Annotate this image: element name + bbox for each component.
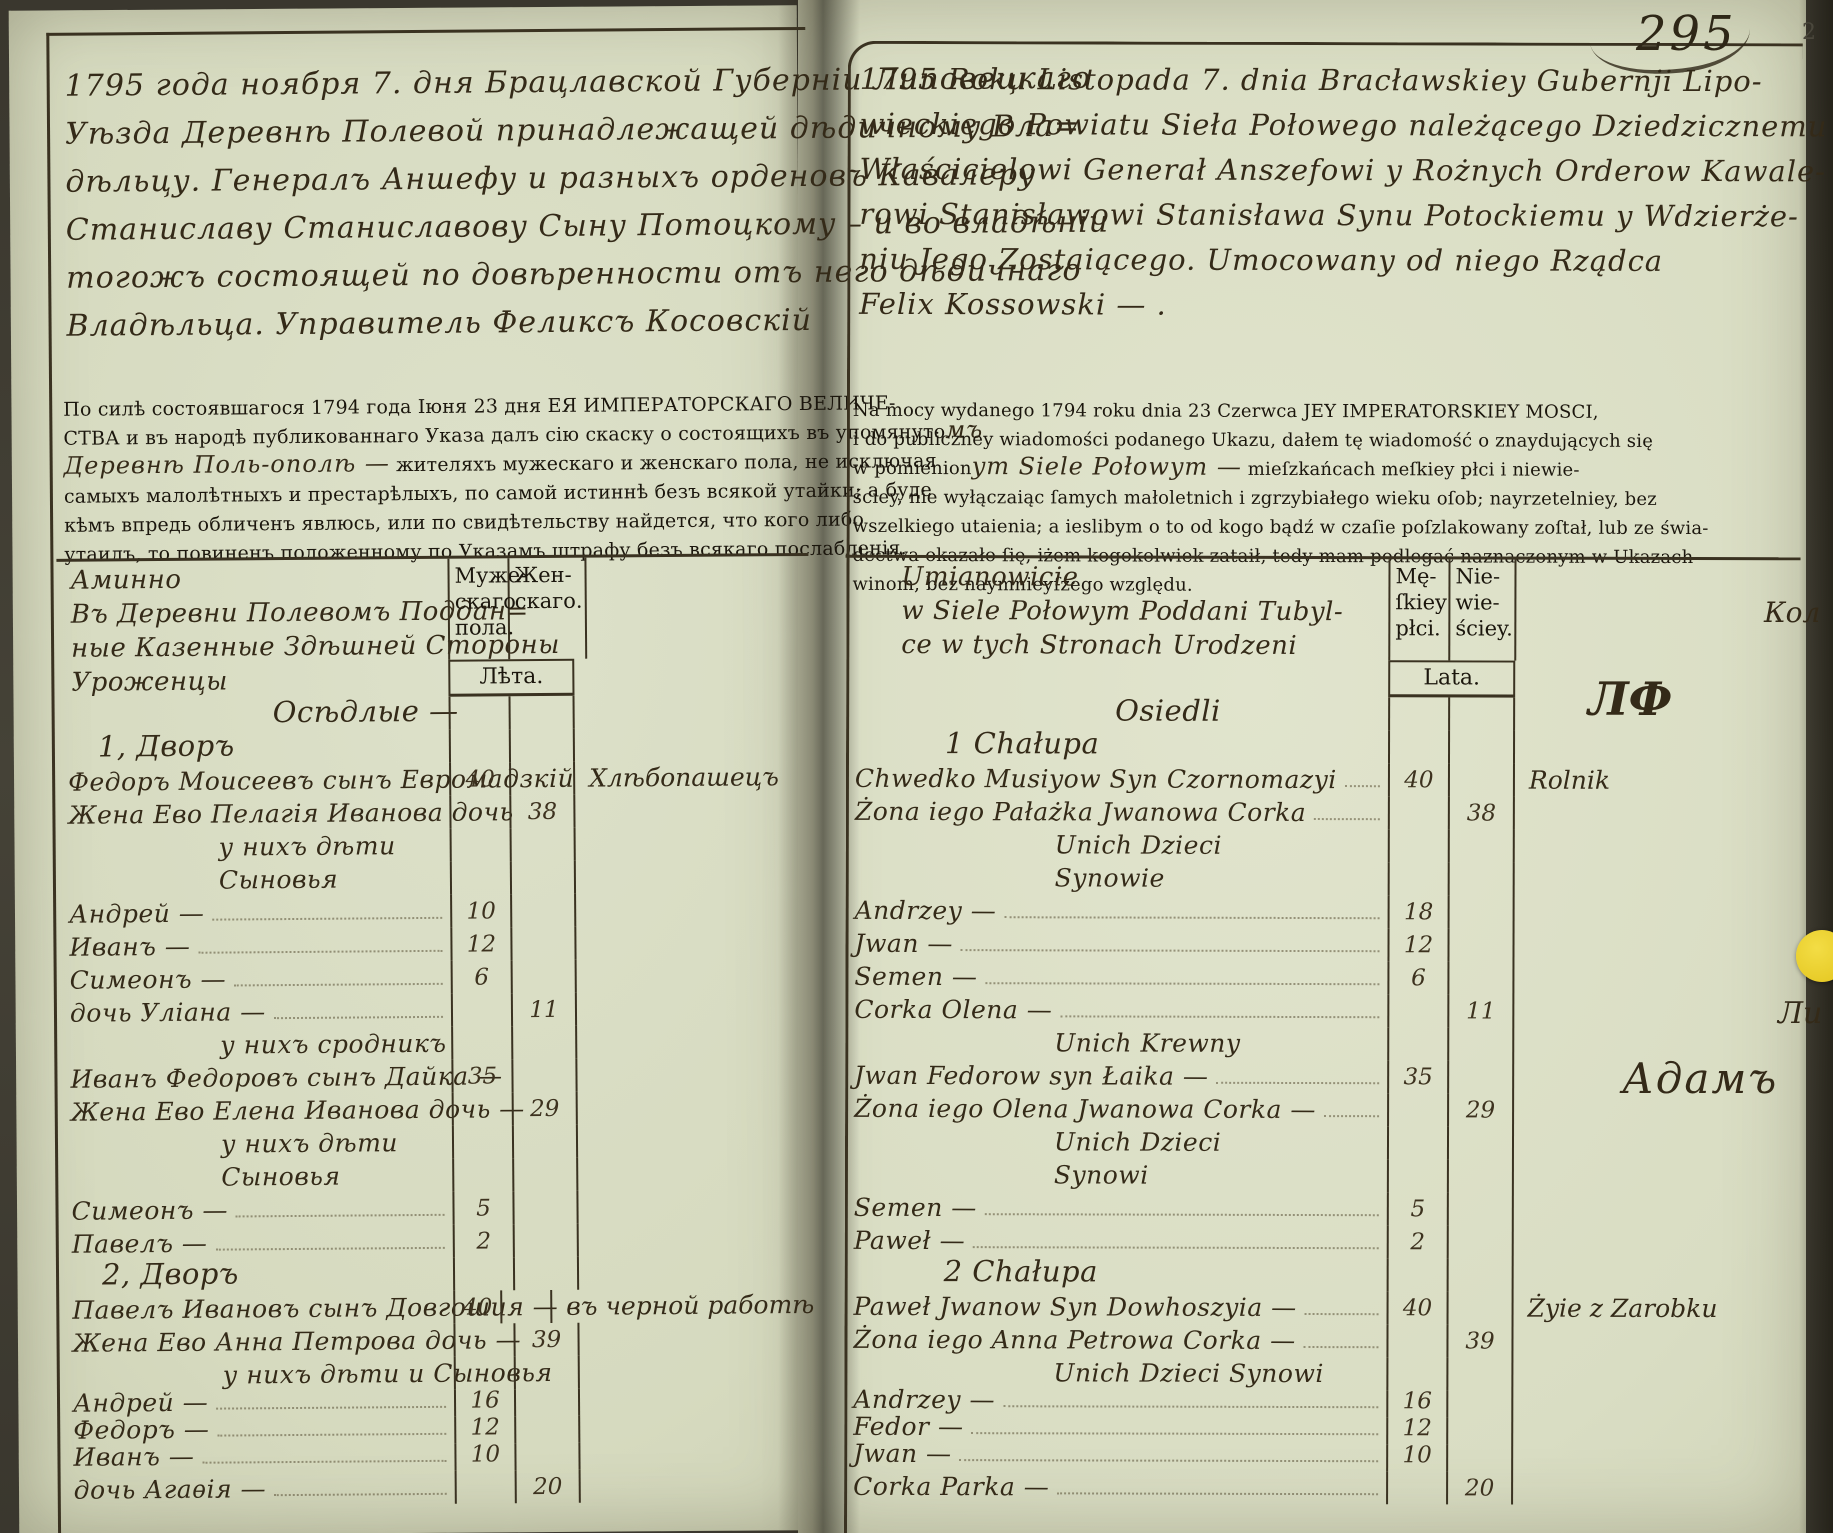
row-remark — [1513, 1418, 1798, 1446]
right-name-column-header: Umianowiciew Siele Połowym Poddani Tubyl… — [845, 558, 1388, 697]
female-age — [1450, 763, 1515, 796]
female-age — [1450, 895, 1515, 928]
male-age — [1386, 1324, 1448, 1357]
female-age — [1449, 1126, 1514, 1159]
male-age — [1388, 697, 1450, 730]
table-row: 1 Chałupa — [845, 729, 1800, 765]
name-header-line: Umianowicie — [901, 560, 1388, 595]
male-age: 10 — [1386, 1444, 1448, 1471]
person-name: Paweł Jwanow Syn Dowhoszyia — — [844, 1290, 1387, 1324]
handwritten-line: niu Jego Zostaiącego. Umocowany od niego… — [859, 237, 1599, 284]
printed-line: ściey, nie wyłączaiąc ſamych małoletnich… — [853, 482, 1601, 513]
female-age — [1448, 1390, 1513, 1417]
person-name: 2 Chałupa — [844, 1257, 1387, 1291]
handwritten-line: wieckiego Powiatu Sieła Połowego należąc… — [860, 102, 1600, 149]
male-age: 6 — [1387, 961, 1449, 994]
row-remark — [1513, 1391, 1798, 1419]
person-name: Corka Parka — — [843, 1470, 1386, 1504]
male-column-header: Mę-ſkiey płci. — [1388, 559, 1450, 660]
row-remark — [1515, 863, 1800, 897]
table-row: Jwan — 10 — [843, 1443, 1798, 1473]
row-remark — [1514, 1259, 1799, 1293]
table-row: Semen — 6 — [844, 960, 1799, 996]
person-name: Corka Olena — — [844, 993, 1387, 1027]
female-age — [1450, 697, 1515, 730]
row-remark — [1514, 962, 1799, 996]
person-name: 1 Chałupa — [845, 729, 1388, 763]
table-row: Synowie — [845, 861, 1800, 897]
margin-note: ЛФ — [1588, 672, 1672, 726]
female-age: 38 — [1450, 796, 1515, 829]
printed-text: Na mocy wydanego 1794 roku dnia 23 Czerw… — [853, 400, 1599, 423]
years-column-header: Lata. — [1388, 660, 1515, 697]
male-age — [1387, 1159, 1449, 1192]
female-age — [1450, 862, 1515, 895]
row-remark: Żyie z Zarobku — [1514, 1292, 1799, 1326]
printed-text: i do publiczney wiadomości podanego Ukaz… — [853, 429, 1653, 452]
female-age — [1450, 730, 1515, 763]
table-row: Synowi — [844, 1158, 1799, 1194]
male-age — [1386, 1357, 1448, 1390]
person-name: Żona iego Olena Jwanowa Corka — — [844, 1092, 1387, 1126]
table-row: Żona iego Anna Petrowa Corka — 39 — [843, 1323, 1798, 1359]
female-column-header: Nie-wie-ściey. — [1450, 559, 1517, 660]
person-name: Jwan — — [843, 1443, 1386, 1471]
female-age — [1449, 1291, 1514, 1324]
person-name: Osiedli — [845, 696, 1388, 730]
male-age: 35 — [1387, 1060, 1449, 1093]
male-age — [1388, 796, 1450, 829]
female-age: 20 — [1448, 1471, 1513, 1504]
female-age — [1449, 1192, 1514, 1225]
margin-note: Кол — [1764, 596, 1820, 629]
table-row: Corka Parka — 20 — [843, 1470, 1798, 1506]
row-remark — [1514, 1193, 1799, 1227]
table-row: Żona iego Pałażka Jwanowa Corka 38 — [845, 795, 1800, 831]
row-remark — [1514, 1127, 1799, 1161]
male-age: 40 — [1387, 1291, 1449, 1324]
printed-text: ściey, nie wyłączaiąc ſamych małoletnich… — [853, 487, 1657, 510]
male-age — [1387, 1093, 1449, 1126]
row-remark — [1515, 731, 1800, 765]
female-age — [1449, 1225, 1514, 1258]
female-age — [1448, 1357, 1513, 1390]
person-name: Jwan Fedorow syn Łaika — — [844, 1059, 1387, 1093]
row-remark: Rolnik — [1515, 764, 1800, 798]
male-age: 16 — [1386, 1390, 1448, 1417]
table-row: 2 Chałupa — [844, 1257, 1799, 1293]
census-document-scan: 1795 года ноября 7. дня Брацлавской Губе… — [0, 0, 1833, 1533]
printed-line: Na mocy wydanego 1794 roku dnia 23 Czerw… — [853, 395, 1601, 426]
row-remark — [1514, 995, 1799, 1029]
printed-text: w pomienion — [853, 458, 972, 479]
male-age: 18 — [1388, 895, 1450, 928]
male-age — [1388, 829, 1450, 862]
table-row: Andrzey — 18 — [845, 894, 1800, 930]
printed-line: wszelkiego utaienia; a ieslibym o to od … — [853, 511, 1601, 542]
male-age: 2 — [1387, 1225, 1449, 1258]
person-name: Semen — — [844, 1191, 1387, 1225]
table-row: Semen — 5 — [844, 1191, 1799, 1227]
female-age: 39 — [1448, 1324, 1513, 1357]
male-age: 12 — [1386, 1417, 1448, 1444]
male-age — [1388, 862, 1450, 895]
male-age: 12 — [1387, 928, 1449, 961]
right-handwritten-header: 1795 Roku Listopada 7. dnia Bracławskiey… — [859, 57, 1600, 329]
person-name: Semen — — [844, 960, 1387, 994]
table-row: Fedor — 12 — [843, 1416, 1798, 1446]
name-header-line: w Siele Połowym Poddani Tubyl- — [901, 594, 1388, 629]
handwritten-line: Właścicielowi Generał Anszefowi y Rożnyc… — [859, 147, 1599, 194]
printed-line: w pomienionym Siele Połowym — mieſzkańca… — [853, 453, 1601, 484]
row-remark — [1514, 1160, 1799, 1194]
female-age — [1449, 1258, 1514, 1291]
female-age — [1449, 1027, 1514, 1060]
female-age — [1449, 961, 1514, 994]
handwritten-line: Felix Kossowski — . — [859, 282, 1599, 329]
handwritten-line: 1795 Roku Listopada 7. dnia Bracławskiey… — [860, 57, 1600, 104]
person-name: Unich Dzieci — [845, 828, 1388, 862]
male-age — [1387, 994, 1449, 1027]
margin-note: Ли — [1778, 996, 1822, 1031]
female-age — [1448, 1444, 1513, 1471]
female-age — [1449, 1159, 1514, 1192]
table-row: Paweł Jwanow Syn Dowhoszyia — 40 Żyie z … — [844, 1290, 1799, 1326]
male-age: 40 — [1388, 763, 1450, 796]
male-age — [1387, 1126, 1449, 1159]
person-name: Synowi — [844, 1158, 1387, 1192]
table-row: Corka Olena — 11 — [844, 993, 1799, 1029]
male-age — [1386, 1471, 1448, 1504]
corner-page-number: 2 — [1802, 20, 1816, 45]
person-name: Paweł — — [844, 1224, 1387, 1258]
male-age — [1387, 1027, 1449, 1060]
handwritten-insert: ym Siele Połowym — — [972, 452, 1242, 481]
row-remark — [1513, 1445, 1798, 1473]
row-remark — [1513, 1325, 1798, 1359]
right-table-body: Osiedli 1 Chałupa Chwedko Musiyow Syn Cz… — [843, 696, 1800, 1533]
printed-line: i do publiczney wiadomości podanego Ukaz… — [853, 424, 1601, 455]
row-remark — [1514, 1226, 1799, 1260]
person-name: Andrzey — — [845, 894, 1388, 928]
row-remark — [1514, 929, 1799, 963]
female-age — [1450, 829, 1515, 862]
table-row: Andrzey — 16 — [843, 1389, 1798, 1419]
person-name: Unich Krewny — [844, 1026, 1387, 1060]
table-row: Unich Dzieci — [844, 1125, 1799, 1161]
printed-text: wszelkiego utaienia; a ieslibym o to od … — [853, 516, 1709, 539]
row-remark — [1513, 1358, 1798, 1392]
male-age — [1388, 730, 1450, 763]
handwritten-line: rowi Stanisławowi Stanisława Synu Potock… — [859, 192, 1599, 239]
male-age — [1387, 1258, 1449, 1291]
female-age — [1449, 928, 1514, 961]
person-name: Unich Dzieci — [844, 1125, 1387, 1159]
person-name: Synowie — [845, 861, 1388, 895]
male-age: 5 — [1387, 1192, 1449, 1225]
female-age — [1448, 1417, 1513, 1444]
person-name: Jwan — — [844, 927, 1387, 961]
table-row: Jwan — 12 — [844, 927, 1799, 963]
right-age-columns-header: Mę-ſkiey płci. Nie-wie-ściey. Lata. — [1388, 559, 1515, 697]
right-page: 1795 Roku Listopada 7. dnia Bracławskiey… — [0, 0, 1833, 1533]
table-row: Unich Dzieci — [845, 828, 1800, 864]
row-remark — [1515, 797, 1800, 831]
person-name: Żona iego Pałażka Jwanowa Corka — [845, 795, 1388, 829]
person-name: Żona iego Anna Petrowa Corka — — [843, 1323, 1386, 1357]
row-remark — [1515, 830, 1800, 864]
table-row: Chwedko Musiyow Syn Czornomazyi 40 Rolni… — [845, 762, 1800, 798]
row-remark — [1513, 1472, 1798, 1506]
person-name: Chwedko Musiyow Syn Czornomazyi — [845, 762, 1388, 796]
name-header-line: ce w tych Stronach Urodzeni — [901, 628, 1388, 663]
margin-note: Адамъ — [1622, 1054, 1778, 1103]
row-remark — [1515, 896, 1800, 930]
female-age: 11 — [1449, 994, 1514, 1027]
female-age: 29 — [1449, 1093, 1514, 1126]
printed-text: mieſzkańcach meſkiey płci i niewie- — [1242, 459, 1580, 481]
female-age — [1449, 1060, 1514, 1093]
